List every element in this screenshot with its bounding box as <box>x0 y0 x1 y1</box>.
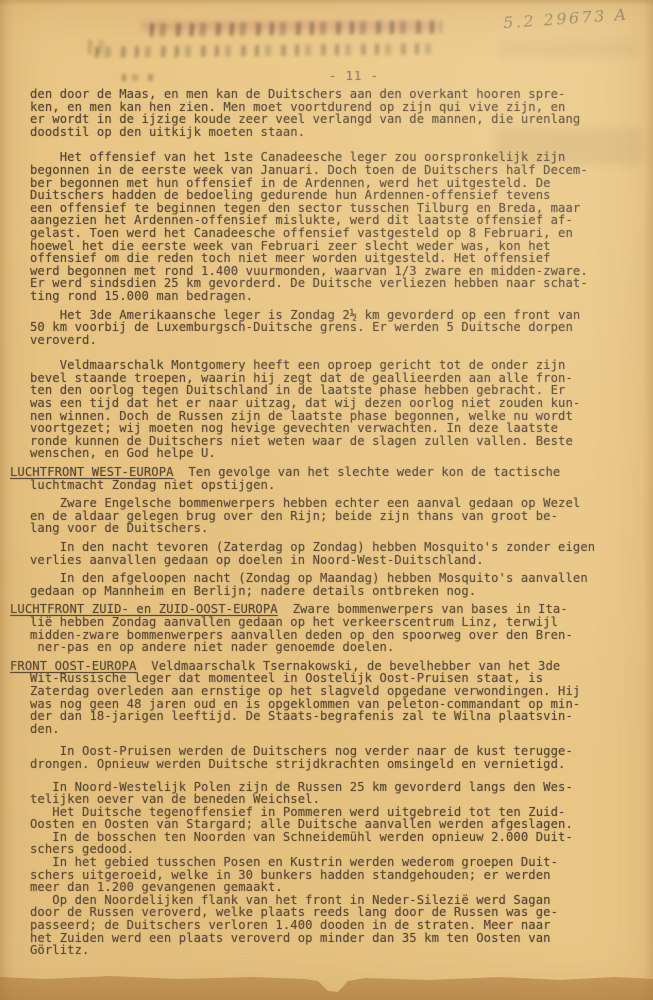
text-line: passeerd; de Duitschers verloren 1.400 d… <box>30 919 645 932</box>
news-section: FRONT OOST-EUROPA Veldmaarschalk Tsernak… <box>10 660 645 736</box>
red-pencil-smudge <box>140 21 440 31</box>
text-line: ting rond 15.000 man bedragen. <box>30 290 645 303</box>
text-line: In den afgeloopen nacht (Zondag op Maand… <box>30 572 645 585</box>
torn-bottom-edge <box>0 970 653 1000</box>
text-line: drongen. Opnieuw werden Duitsche strijdk… <box>30 758 645 771</box>
section-first-line: LUCHTFRONT WEST-EUROPA Ten gevolge van h… <box>10 466 645 479</box>
paragraph: In Noord-Westelijk Polen zijn de Russen … <box>30 781 645 806</box>
news-section: LUCHTFRONT ZUID- en ZUID-OOST-EUROPA Zwa… <box>10 603 645 653</box>
text-line: 50 km voorbij de Luxemburgsch-Duitsche g… <box>30 321 645 334</box>
text-line: Oosten en Oosten van Stargard; alle Duit… <box>30 818 645 831</box>
text-line: veroverd. <box>30 334 645 347</box>
archive-mark: 5.2 29673 A <box>502 5 629 33</box>
text-line: den door de Maas, en men kan de Duitsche… <box>30 88 645 101</box>
text-line: lang voor de Duitschers. <box>30 522 645 535</box>
text-line: den. <box>10 723 645 736</box>
paragraph: Het Duitsche tegenoffensief in Pommeren … <box>30 806 645 831</box>
text-line: ner-pas en op andere niet nader genoemde… <box>10 641 645 654</box>
paper-stain <box>500 40 640 58</box>
text-line: Duitschers hadden de bedoeling gedurende… <box>30 189 645 202</box>
text-line: lië hebben Zondag aanvallen gedaan op he… <box>10 616 645 629</box>
text-line: het Zuiden werd een plaats veroverd op m… <box>30 932 645 945</box>
text-line: doodstil op den uitkijk moeten staan. <box>30 126 645 139</box>
news-section: LUCHTFRONT WEST-EUROPA Ten gevolge van h… <box>10 466 645 491</box>
text-line: meer dan 1.200 gevangenen gemaakt. <box>30 881 645 894</box>
page-number: - 11 - <box>329 69 379 83</box>
paragraph: In den nacht tevoren (Zaterdag op Zondag… <box>30 541 645 566</box>
erased-text-smudge <box>122 74 162 81</box>
paragraph: In den afgeloopen nacht (Zondag op Maand… <box>30 572 645 597</box>
section-heading-rest: Ten gevolge van het slechte weder kon de… <box>174 465 561 479</box>
paragraph: Veldmaarschalk Montgomery heeft een opro… <box>30 359 645 460</box>
paragraph: Zware Engelsche bommenwerpers hebben ech… <box>30 497 645 535</box>
paragraph: Op den Noordelijken flank van het front … <box>30 894 645 957</box>
text-line: Veldmaarschalk Montgomery heeft een opro… <box>30 359 645 372</box>
text-line: wenschen, en God helpe U. <box>30 447 645 460</box>
erased-text-smudge <box>95 43 440 58</box>
text-line: voortgezet; wij moeten nog hevige gevech… <box>30 422 645 435</box>
paragraph: In het gebied tusschen Posen en Kustrin … <box>30 856 645 894</box>
text-line: Zware Engelsche bommenwerpers hebben ech… <box>30 497 645 510</box>
text-line: er wordt in de ijzige koude zeer veel ve… <box>30 113 645 126</box>
text-line: was een tijd dat het er naar uitzag, dat… <box>30 397 645 410</box>
text-line: offensief om die reden toch niet meer wo… <box>30 252 645 265</box>
paragraph: Het 3de Amerikaansche leger is Zondag 2½… <box>30 309 645 347</box>
text-line: Görlitz. <box>30 944 645 957</box>
pencil-mark-smudge <box>88 40 108 54</box>
text-line: luchtmacht Zondag niet opstijgen. <box>10 479 645 492</box>
text-line: begonnen in de eerste week van Januari. … <box>30 164 645 177</box>
section-heading: LUCHTFRONT WEST-EUROPA <box>10 465 174 479</box>
text-line: In den nacht tevoren (Zaterdag op Zondag… <box>30 541 645 554</box>
text-line: gelast. Toen werd het Canadeesche offens… <box>30 227 645 240</box>
paragraph: den door de Maas, en men kan de Duitsche… <box>30 88 645 138</box>
text-line: telijken oever van de beneden Weichsel. <box>30 793 645 806</box>
scanned-document-page: { "page": { "archive_mark": "5.2 29673 A… <box>0 0 653 1000</box>
document-body: den door de Maas, en men kan de Duitsche… <box>10 88 645 957</box>
text-line: Zaterdag overleden aan ernstige op het s… <box>10 685 645 698</box>
text-line: verlies aanvallen gedaan op doelen in No… <box>30 554 645 567</box>
paragraph: In de bosschen ten Noorden van Schneidem… <box>30 831 645 856</box>
text-line: In het gebied tusschen Posen en Kustrin … <box>30 856 645 869</box>
text-line: der dan 18-jarigen leeftijd. De Staats-b… <box>10 710 645 723</box>
text-line: gedaan op Mannheim en Berlijn; nadere de… <box>30 585 645 598</box>
paragraph: Het offensief van het 1ste Canadeesche l… <box>30 151 645 302</box>
paragraph: In Oost-Pruisen werden de Duitschers nog… <box>30 745 645 770</box>
